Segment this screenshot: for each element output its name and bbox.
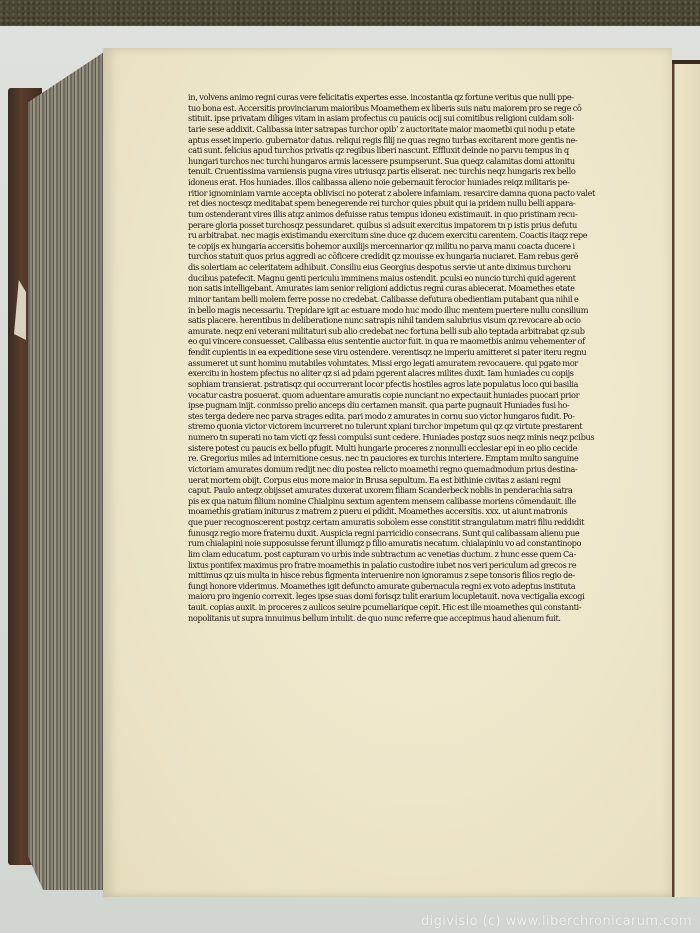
text-line: maioru pro ingenio correxit. leges ipse …	[188, 591, 664, 602]
text-line: ipse pugnam inijt. conmisso prelio ancep…	[188, 400, 664, 411]
facing-page-edge	[672, 62, 700, 897]
text-line: caput. Paulo anteqz obijsset amurates du…	[188, 485, 664, 496]
text-line: te copijs ex hungaria accersitis bohemor…	[188, 241, 664, 252]
text-line: turchos statuit quos prius aggredi ac co…	[188, 251, 664, 262]
text-line: aptus esset imperio. gubernator datus. r…	[188, 135, 664, 146]
text-line: tarie sese addixit. Calibassa inter satr…	[188, 124, 664, 135]
text-line: rum chialapini noie supposuisse ferunt i…	[188, 538, 664, 549]
text-line: vocatur castra posuerat. quom aduentare …	[188, 390, 664, 401]
text-line: minor tantam belli molem ferre posse no …	[188, 294, 664, 305]
text-line: uerat mortem obijt. Corpus eius more mai…	[188, 475, 664, 486]
text-line: tum ostenderant vires illis atqz animos …	[188, 209, 664, 220]
text-line: nopolitanis ut supra innuimus bellum int…	[188, 613, 664, 624]
page-edges-stack	[28, 52, 104, 890]
text-line: ru arbitrabat. nec magis existimandu exe…	[188, 230, 664, 241]
text-line: ret dies noctesqz meditabat spem beneger…	[188, 198, 664, 209]
text-line: fungi honore viderimus. Moamethes igit d…	[188, 581, 664, 592]
text-line: eo qui vincere consuesset. Calibassa eiu…	[188, 336, 664, 347]
text-line: lixtus pontifex maximus pro fratre moame…	[188, 560, 664, 571]
text-line: amurate. neqz eni veterani militaturi su…	[188, 326, 664, 337]
text-line: fendit cupientis in ea expeditione sese …	[188, 347, 664, 358]
text-line: hungari turchos nec turchi hungaros armi…	[188, 156, 664, 167]
text-line: stituit. ipse privatam diliges vitam in …	[188, 113, 664, 124]
text-line: stes terga dedere nec parva strages edit…	[188, 411, 664, 422]
text-line: sophiam transierat. pstratisqz qui occur…	[188, 379, 664, 390]
text-line: mittimus qz uis multa in hisce rebus fig…	[188, 570, 664, 581]
text-line: stremo quonia victor victorem incurreret…	[188, 421, 664, 432]
text-line: pis ex qua natum filium nomine Chialpinu…	[188, 496, 664, 507]
text-line: non satis intelligebant. Amurates iam se…	[188, 283, 664, 294]
text-line: funusqz regio more fraternu duxit. Auspi…	[188, 528, 664, 539]
text-line: in bello magis necessariu. Trepidare igi…	[188, 305, 664, 316]
text-line: ducibus patefecit. Magnu genti periculu …	[188, 273, 664, 284]
text-line: exercitu in hostem pfectus no aliter qz …	[188, 368, 664, 379]
text-line: re. Gregorius miles ad internitione cesu…	[188, 453, 664, 464]
text-line: ritior ignominiam varnie accepta oblivis…	[188, 188, 664, 199]
text-line: sistere potest cu paucis ex bello pfugit…	[188, 443, 664, 454]
facing-cover-edge	[672, 60, 700, 64]
carpet-background	[0, 0, 700, 26]
text-line: assumeret ut sunt hominu mutabiles volun…	[188, 358, 664, 369]
text-line: in, volvens animo regni curas vere felic…	[188, 92, 664, 103]
text-line: cati sunt. felicius apud turchos privati…	[188, 145, 664, 156]
text-line: tenuit. Cruentissima varniensis pugna vi…	[188, 166, 664, 177]
text-line: satis placere. herentibus in deliberatio…	[188, 315, 664, 326]
text-line: idoneus erat. Hos huniades. illos caliba…	[188, 177, 664, 188]
text-line: dis solertiam ac celeritatem adhibuit. C…	[188, 262, 664, 273]
page-text-block: in, volvens animo regni curas vere felic…	[188, 92, 664, 623]
text-line: victoriam amurates domum redijt nec diu …	[188, 464, 664, 475]
text-line: que puer recognoscerent postqz certam am…	[188, 517, 664, 528]
text-line: perare gloria posset turchosqz pessundar…	[188, 220, 664, 231]
text-line: moamethis gratiam initurus z matrem z pu…	[188, 506, 664, 517]
text-line: tauit. copias auxit. in proceres z aulic…	[188, 602, 664, 613]
text-line: lim clam educatum. post capturam vo urbi…	[188, 549, 664, 560]
text-line: numero tn superati no tam victi qz fessi…	[188, 432, 664, 443]
watermark: digivisio (c) www.liberchronicarum.com	[421, 914, 692, 929]
text-line: tuo bona est. Accersitis provinciarum ma…	[188, 103, 664, 114]
